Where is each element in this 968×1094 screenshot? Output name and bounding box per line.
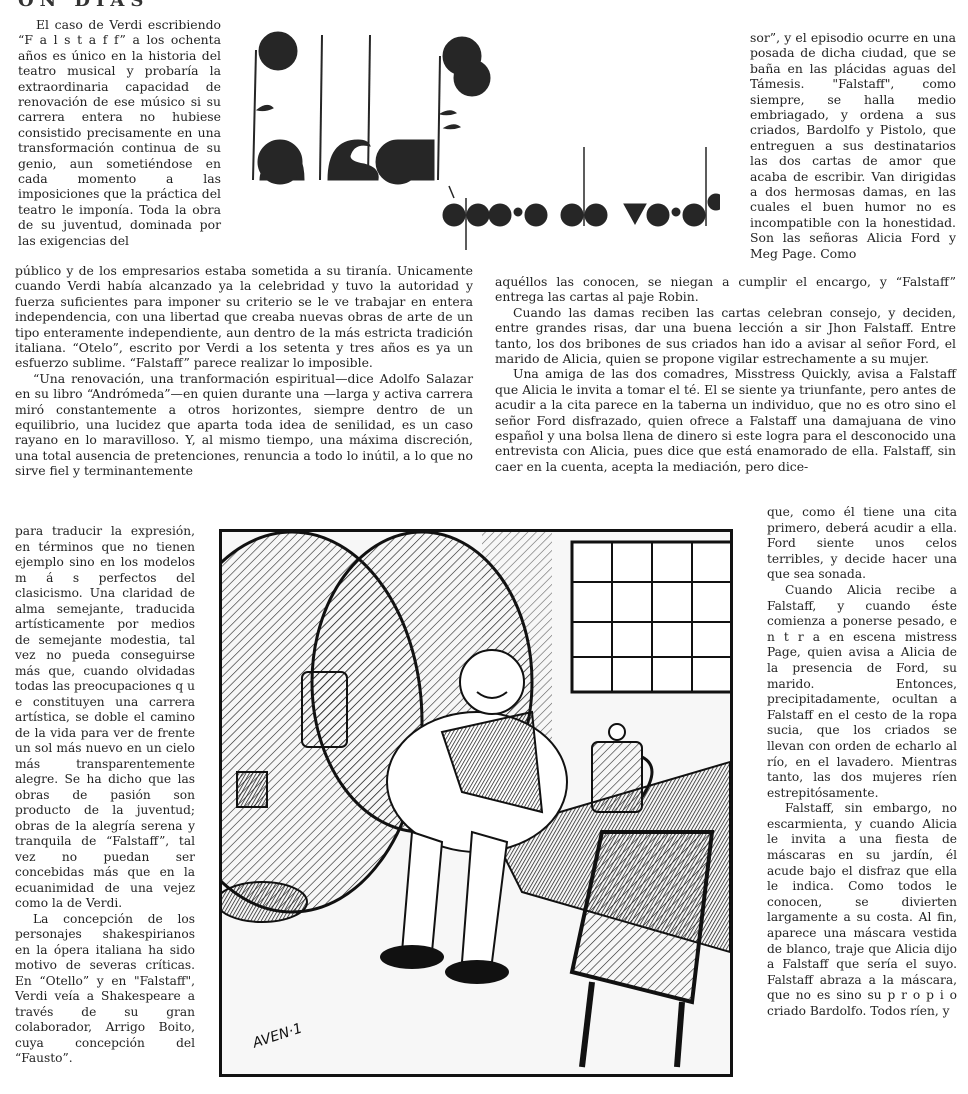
paragraph: El caso de Verdi escribiendo “F a l s t … [18,17,221,248]
paragraph: para traducir la expresión, en términos … [15,524,195,912]
left-column-wide: público y de los empresarios estaba some… [15,263,473,479]
title-graphic: falstaff ópera de verdi [240,20,720,260]
right-column-wide: aquéllos las conocen, se niegan a cumpli… [495,274,956,474]
paragraph: aquéllos las conocen, se niegan a cumpli… [495,274,956,305]
paragraph: “Una renovación, una tranformación espir… [15,371,473,479]
falstaff-tavern-drawing-icon [222,532,730,1074]
left-column-bottom: para traducir la expresión, en términos … [15,524,195,1067]
paragraph: público y de los empresarios estaba some… [15,263,473,371]
section-header-fragment: ON DIAS [18,0,149,11]
paragraph: sor”, y el episodio ocurre en una posada… [750,30,956,261]
paragraph: que, como él tiene una cita primero, deb… [767,505,957,583]
paragraph: Falstaff, sin embargo, no escarmienta, y… [767,801,957,1019]
right-column-top: sor”, y el episodio ocurre en una posada… [750,30,956,261]
paragraph: Una amiga de las dos comadres, Misstress… [495,366,956,474]
right-column-bottom: que, como él tiene una cita primero, deb… [767,505,957,1020]
falstaff-title-lettering-icon [240,20,720,260]
paragraph: Cuando las damas reciben las cartas cele… [495,305,956,367]
paragraph: La concepción de los personajes shakespi… [15,912,195,1067]
falstaff-illustration: AVEN·1 [219,529,733,1077]
left-column-top: El caso de Verdi escribiendo “F a l s t … [18,17,221,248]
paragraph: Cuando Alicia recibe a Falstaff, y cuand… [767,583,957,801]
